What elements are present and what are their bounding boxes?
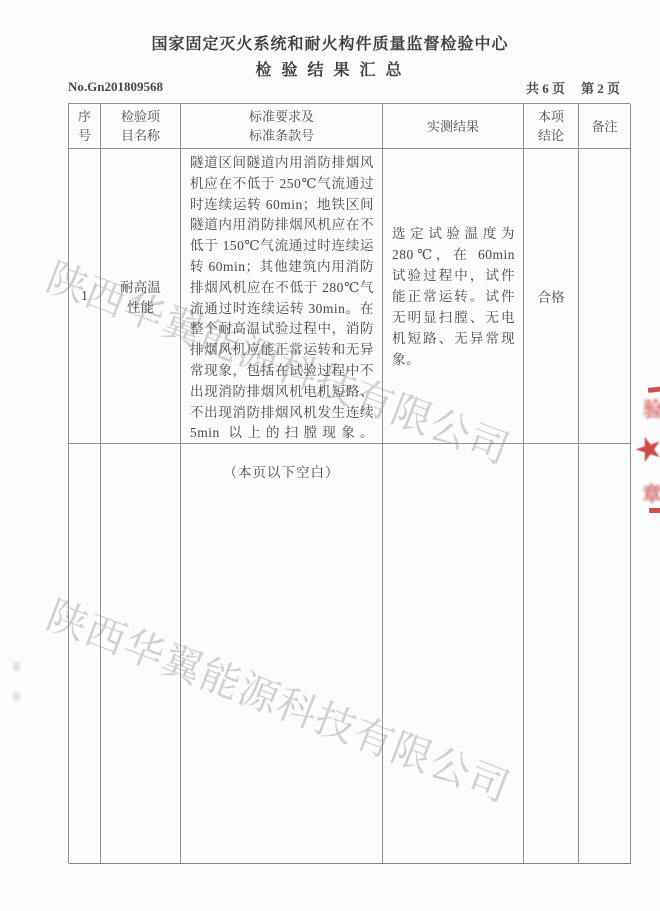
col-header-conclusion: 本项 结论 bbox=[524, 104, 579, 149]
row1-seq: 1 bbox=[69, 149, 101, 444]
measured-result-text: 选定试验温度为 280℃，在 60min 试验过程中，试件能正常运转。试件无明显… bbox=[383, 223, 523, 370]
row1-measured-result: 选定试验温度为 280℃，在 60min 试验过程中，试件能正常运转。试件无明显… bbox=[383, 149, 524, 444]
official-seal-fragment: 验 ★ 章 bbox=[633, 382, 660, 520]
row1-standard-requirement: 隧道区间隧道内用消防排烟风机应在不低于 250℃气流通过时连续运转 60min；… bbox=[181, 149, 383, 444]
total-pages: 共 6 页 bbox=[526, 78, 565, 97]
seal-star-icon: ★ bbox=[629, 425, 660, 472]
report-number: No.Gn201809568 bbox=[68, 79, 163, 95]
col-header-standard: 标准要求及 标准条款号 bbox=[181, 104, 383, 149]
standard-requirement-text: 隧道区间隧道内用消防排烟风机应在不低于 250℃气流通过时连续运转 60min；… bbox=[181, 149, 382, 444]
seal-mark-dash bbox=[648, 386, 660, 393]
row1-conclusion: 合格 bbox=[524, 149, 579, 444]
row1-item-name: 耐高温 性能 bbox=[101, 149, 181, 444]
row2-conclusion bbox=[524, 444, 579, 864]
row2-measured-result bbox=[383, 444, 524, 864]
results-table: 序 号 检验项 目名称 标准要求及 标准条款号 实测结果 本项 结论 备注 1 … bbox=[68, 103, 630, 863]
col-header-remark: 备注 bbox=[579, 104, 631, 149]
col-header-item: 检验项 目名称 bbox=[101, 104, 181, 149]
row2-standard-requirement: （本页以下空白） bbox=[181, 444, 383, 864]
inspection-center-name: 国家固定灭火系统和耐火构件质量监督检验中心 bbox=[0, 31, 660, 54]
scan-smudge bbox=[13, 692, 20, 701]
row2-item-name bbox=[101, 444, 181, 864]
col-header-seq: 序 号 bbox=[69, 104, 101, 149]
report-meta-row: No.Gn201809568 共 6 页 第 2 页 bbox=[68, 77, 620, 97]
seal-text-fragment-bottom: 章 bbox=[642, 478, 660, 507]
row2-seq bbox=[69, 444, 101, 864]
scan-smudge bbox=[13, 662, 20, 671]
seal-text-fragment-top: 验 bbox=[643, 393, 660, 422]
blank-page-note: （本页以下空白） bbox=[181, 444, 382, 481]
col-header-result: 实测结果 bbox=[383, 104, 524, 149]
current-page: 第 2 页 bbox=[581, 78, 620, 97]
seal-mark-bar bbox=[649, 508, 660, 513]
scanned-report-page: 陕西华翼能源科技有限公司 陕西华翼能源科技有限公司 国家固定灭火系统和耐火构件质… bbox=[0, 0, 660, 911]
row1-remark bbox=[579, 149, 631, 444]
page-info: 共 6 页 第 2 页 bbox=[526, 78, 620, 97]
row2-remark bbox=[579, 444, 631, 864]
